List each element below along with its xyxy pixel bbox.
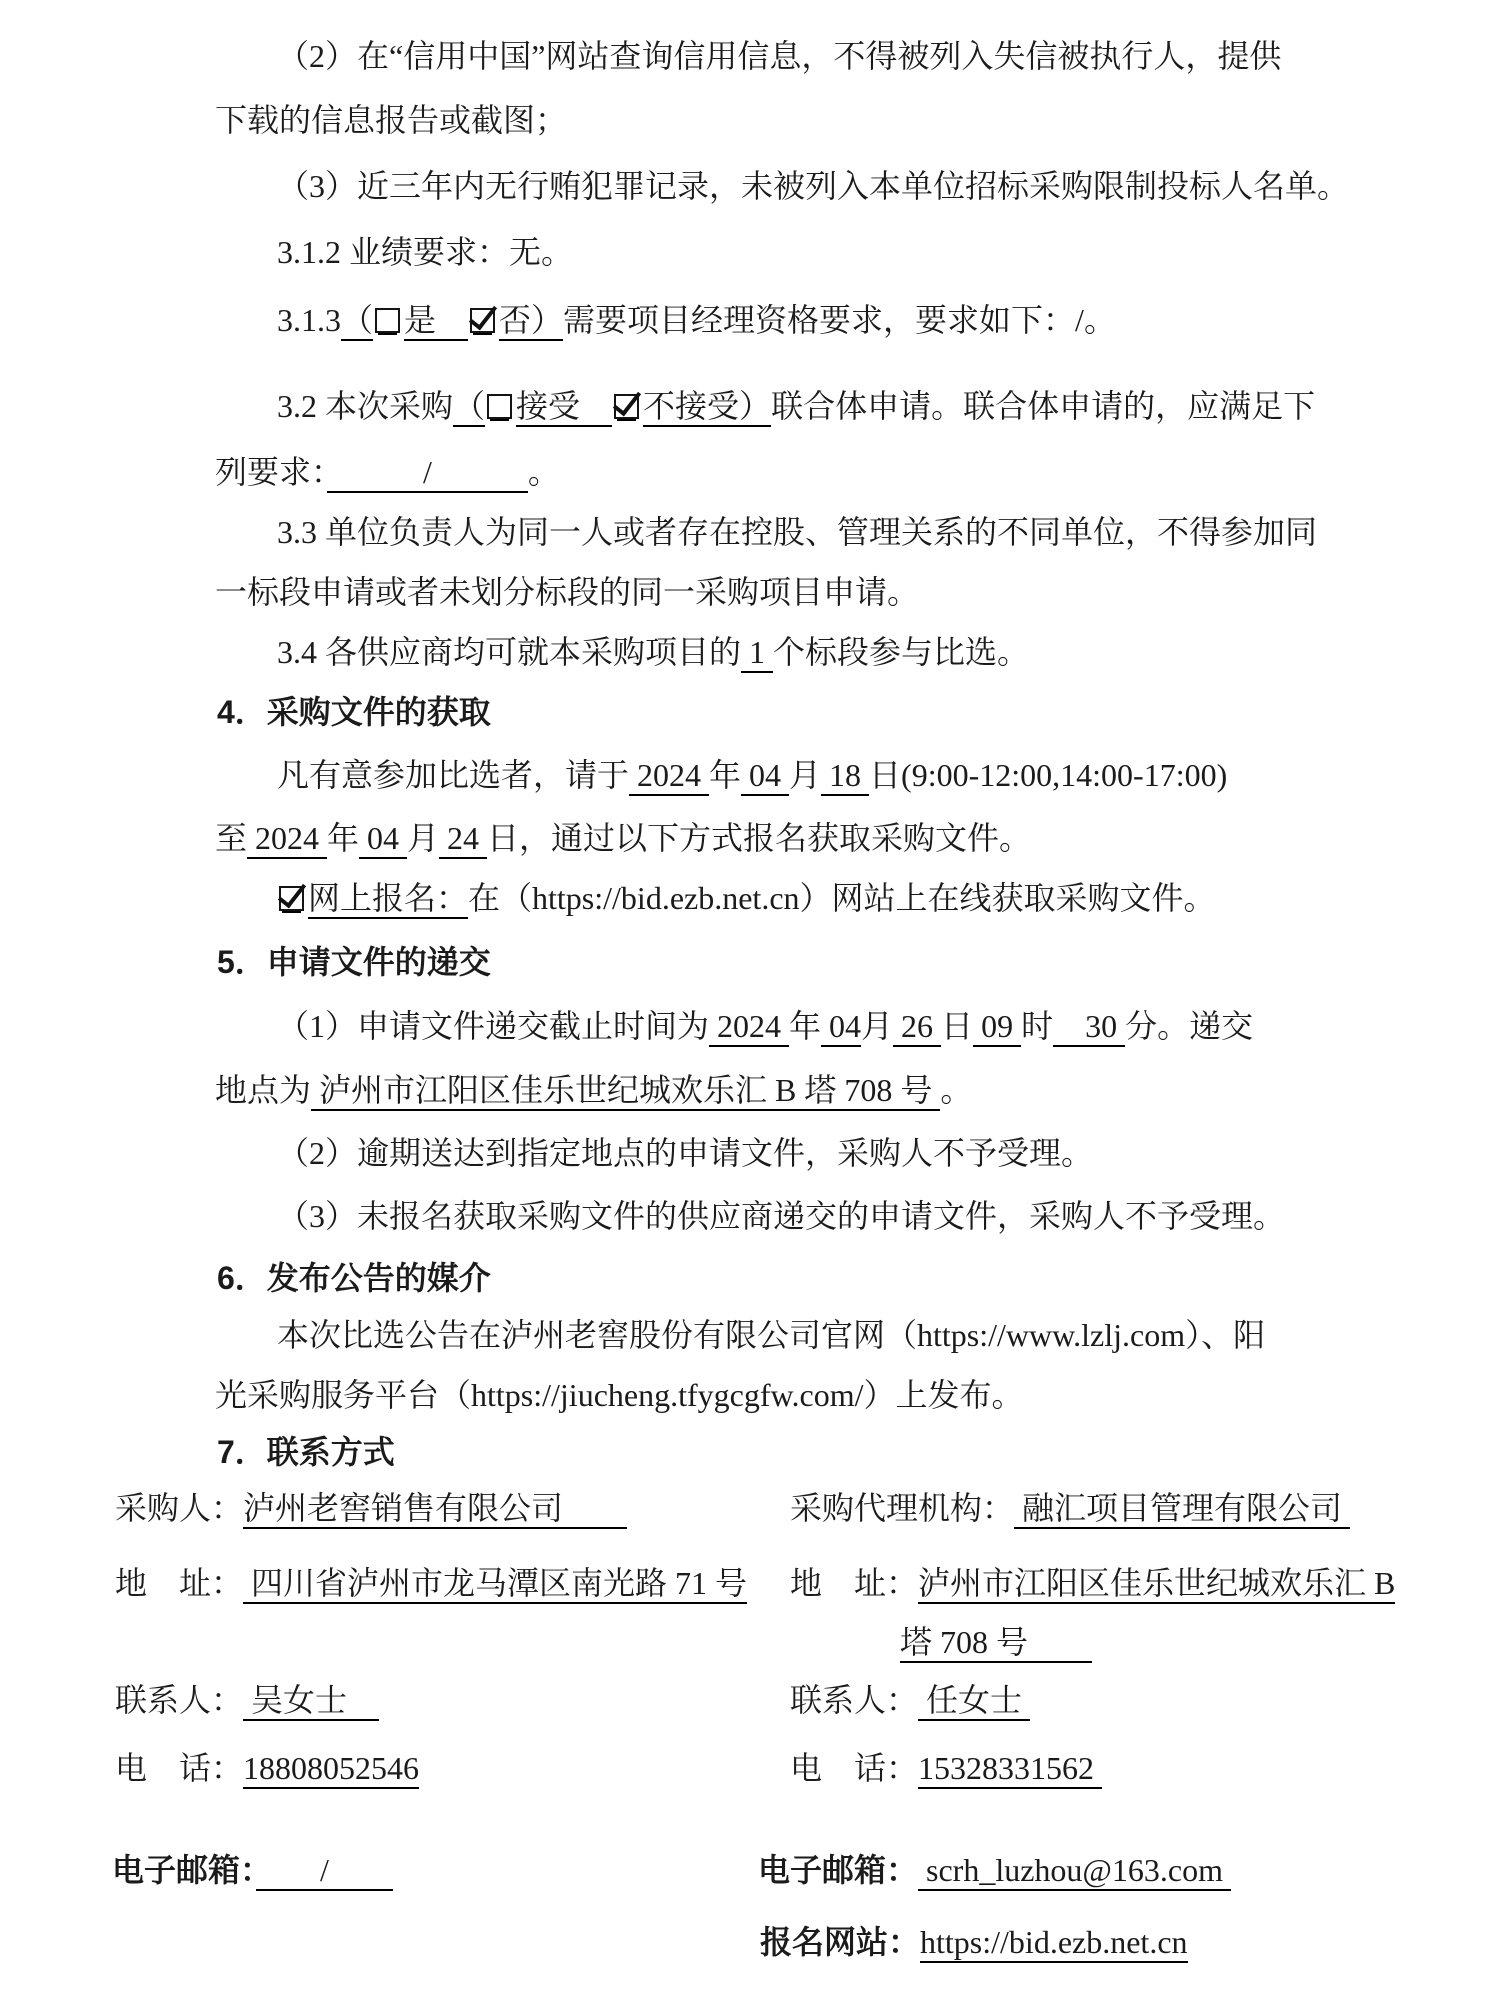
document-page: （2）在“信用中国”网站查询信用信息，不得被列入失信被执行人，提供下载的信息报告… [0,0,1500,2016]
text-segment: 报名网站： [760,1924,920,1960]
text-segment: （2）逾期送达到指定地点的申请文件，采购人不予受理。 [277,1135,1093,1171]
text-segment: 时 [1021,1008,1053,1044]
purchaser-email: 电子邮箱： / [112,1850,393,1890]
para-unregistered: （3）未报名获取采购文件的供应商递交的申请文件，采购人不予受理。 [277,1196,1285,1236]
agency-address-line2: 塔 708 号 [900,1622,1092,1662]
text-segment: 4．采购文件的获取 [217,694,491,730]
text-segment: 本次比选公告在泸州老窖股份有限公司官网（https://www.lzlj.com… [277,1317,1265,1353]
text-segment: 在（https://bid.ezb.net.cn）网站上在线获取采购文件。 [468,880,1216,916]
text-segment: 月 [861,1008,893,1044]
text-segment: （3）未报名获取采购文件的供应商递交的申请文件，采购人不予受理。 [277,1198,1285,1234]
text-segment: 光采购服务平台（https://jiucheng.tfygcgfw.com/）上… [215,1377,1024,1413]
registration-website: 报名网站：https://bid.ezb.net.cn [760,1922,1188,1962]
clause-3-3-line1: 3.3 单位负责人为同一人或者存在控股、管理关系的不同单位，不得参加同 [277,512,1317,552]
checkbox-unchecked-icon [375,308,400,333]
text-segment: 年 [327,820,359,856]
fill-in-value: 吴女士 [243,1682,379,1721]
para-obtain-line1: 凡有意参加比选者，请于 2024 年 04 月 18 日(9:00-12:00,… [277,755,1227,795]
fill-in-value: 18808052546 [243,1750,419,1789]
text-segment: 3.3 单位负责人为同一人或者存在控股、管理关系的不同单位，不得参加同 [277,514,1317,550]
text-segment: 年 [789,1008,821,1044]
fill-in-value: 2024 [709,1008,789,1047]
checkbox-checked-icon [279,886,304,911]
text-segment: 6．发布公告的媒介 [217,1260,491,1296]
agency-name: 采购代理机构： 融汇项目管理有限公司 [790,1488,1350,1528]
fill-in-value: 融汇项目管理有限公司 [1014,1490,1350,1529]
fill-in-value: （ [341,302,373,341]
text-segment: 联系人： [790,1682,918,1718]
fill-in-value: 09 [973,1008,1021,1047]
text-segment: 个标段参与比选。 [773,634,1029,670]
fill-in-value: 2024 [247,820,327,859]
text-segment: 日(9:00-12:00,14:00-17:00) [869,757,1227,793]
text-segment: 日，通过以下方式报名获取采购文件。 [487,820,1031,856]
fill-in-value: 26 [893,1008,941,1047]
text-segment: 月 [789,757,821,793]
fill-in-value: 接受 [516,388,612,427]
text-segment: 联合体申请。联合体申请的，应满足下 [771,388,1315,424]
agency-phone: 电 话：15328331562 [790,1748,1102,1788]
para-credit-china-line2: 下载的信息报告或截图； [215,100,567,140]
para-deadline-line2: 地点为 泸州市江阳区佳乐世纪城欢乐汇 B 塔 708 号 。 [215,1070,972,1110]
text-segment: 电子邮箱： [112,1852,256,1888]
purchaser-name: 采购人：泸州老窖销售有限公司 [115,1488,627,1528]
text-segment: 地 址： [790,1565,918,1601]
section-heading-5: 5．申请文件的递交 [217,942,491,982]
text-segment: 至 [215,820,247,856]
text-segment: 电子邮箱： [758,1852,918,1888]
text-segment: 联系人： [115,1682,243,1718]
fill-in-value: 泸州市江阳区佳乐世纪城欢乐汇 B 塔 708 号 [311,1072,940,1111]
purchaser-phone: 电 话：18808052546 [115,1748,419,1788]
para-media-line2: 光采购服务平台（https://jiucheng.tfygcgfw.com/）上… [215,1375,1024,1415]
text-segment: 月 [407,820,439,856]
text-segment: 分。递交 [1125,1008,1253,1044]
fill-in-value: 泸州老窖销售有限公司 [243,1490,627,1529]
fill-in-value: 04 [741,757,789,796]
text-segment: （3）近三年内无行贿犯罪记录，未被列入本单位招标采购限制投标人名单。 [277,168,1349,204]
fill-in-value: 04 [821,1008,861,1047]
clause-3-1-2: 3.1.2 业绩要求：无。 [277,232,573,272]
purchaser-address: 地 址： 四川省泸州市龙马潭区南光路 71 号 [115,1563,747,1603]
fill-in-value: 否） [499,302,563,341]
fill-in-value: 2024 [629,757,709,796]
clause-3-1-3: 3.1.3（是 否）需要项目经理资格要求，要求如下：/。 [277,300,1116,340]
checkbox-checked-icon [614,394,639,419]
online-registration: 网上报名：在（https://bid.ezb.net.cn）网站上在线获取采购文… [277,878,1216,918]
text-segment: 电 话： [115,1750,243,1786]
clause-3-3-line2: 一标段申请或者未划分标段的同一采购项目申请。 [215,572,919,612]
checkbox-unchecked-icon [487,394,512,419]
checkbox-checked-icon [470,308,495,333]
text-segment: 电 话： [790,1750,918,1786]
fill-in-value: 04 [359,820,407,859]
text-segment: 5．申请文件的递交 [217,944,491,980]
fill-in-value: 塔 708 号 [900,1624,1092,1663]
text-segment: 7．联系方式 [217,1434,395,1470]
purchaser-contact: 联系人： 吴女士 [115,1680,379,1720]
text-segment: 3.2 本次采购 [277,388,453,424]
text-segment: 下载的信息报告或截图； [215,102,567,138]
text-segment: （1）申请文件递交截止时间为 [277,1008,709,1044]
text-segment: 年 [709,757,741,793]
text-segment: 采购代理机构： [790,1490,1014,1526]
text-segment: 采购人： [115,1490,243,1526]
fill-in-value: 18 [821,757,869,796]
fill-in-value: https://bid.ezb.net.cn [920,1924,1188,1963]
para-media-line1: 本次比选公告在泸州老窖股份有限公司官网（https://www.lzlj.com… [277,1315,1265,1355]
text-segment: 。 [528,454,560,490]
fill-in-value: 四川省泸州市龙马潭区南光路 71 号 [243,1565,747,1604]
text-segment: 需要项目经理资格要求，要求如下：/。 [563,302,1116,338]
text-segment: 3.4 各供应商均可就本采购项目的 [277,634,741,670]
text-segment: 。 [940,1072,972,1108]
fill-in-value: / [256,1852,393,1891]
para-deadline-line1: （1）申请文件递交截止时间为 2024 年 04月 26 日 09 时 30 分… [277,1006,1253,1046]
para-obtain-line2: 至 2024 年 04 月 24 日，通过以下方式报名获取采购文件。 [215,818,1031,858]
clause-3-2-line2: 列要求： / 。 [215,452,560,492]
fill-in-value: 任女士 [918,1682,1030,1721]
section-heading-4: 4．采购文件的获取 [217,692,491,732]
text-segment: 列要求： [215,454,327,490]
section-heading-7: 7．联系方式 [217,1432,395,1472]
text-segment: （2）在“信用中国”网站查询信用信息，不得被列入失信被执行人，提供 [277,38,1281,74]
text-segment: 地 址： [115,1565,243,1601]
fill-in-value: 不接受） [643,388,771,427]
agency-address-line1: 地 址：泸州市江阳区佳乐世纪城欢乐汇 B [790,1563,1395,1603]
fill-in-value: （ [453,388,485,427]
fill-in-value: 24 [439,820,487,859]
fill-in-value: 是 [404,302,468,341]
fill-in-value: 30 [1053,1008,1125,1047]
fill-in-value: 1 [741,634,773,673]
fill-in-value: 15328331562 [918,1750,1102,1789]
fill-in-value: 泸州市江阳区佳乐世纪城欢乐汇 B [918,1565,1395,1604]
para-no-bribery: （3）近三年内无行贿犯罪记录，未被列入本单位招标采购限制投标人名单。 [277,166,1349,206]
text-segment: 一标段申请或者未划分标段的同一采购项目申请。 [215,574,919,610]
text-segment: 3.1.3 [277,302,341,338]
fill-in-value: scrh_luzhou@163.com [918,1852,1231,1891]
text-segment: 3.1.2 业绩要求：无。 [277,234,573,270]
section-heading-6: 6．发布公告的媒介 [217,1258,491,1298]
text-segment: 凡有意参加比选者，请于 [277,757,629,793]
agency-email: 电子邮箱： scrh_luzhou@163.com [758,1850,1231,1890]
text-segment: 日 [941,1008,973,1044]
para-credit-china-line1: （2）在“信用中国”网站查询信用信息，不得被列入失信被执行人，提供 [277,36,1281,76]
fill-in-value: / [327,454,528,493]
text-segment: 地点为 [215,1072,311,1108]
para-late-delivery: （2）逾期送达到指定地点的申请文件，采购人不予受理。 [277,1133,1093,1173]
fill-in-value: 网上报名： [308,880,468,919]
clause-3-2-line1: 3.2 本次采购（接受 不接受）联合体申请。联合体申请的，应满足下 [277,386,1315,426]
clause-3-4: 3.4 各供应商均可就本采购项目的 1 个标段参与比选。 [277,632,1029,672]
agency-contact: 联系人： 任女士 [790,1680,1030,1720]
